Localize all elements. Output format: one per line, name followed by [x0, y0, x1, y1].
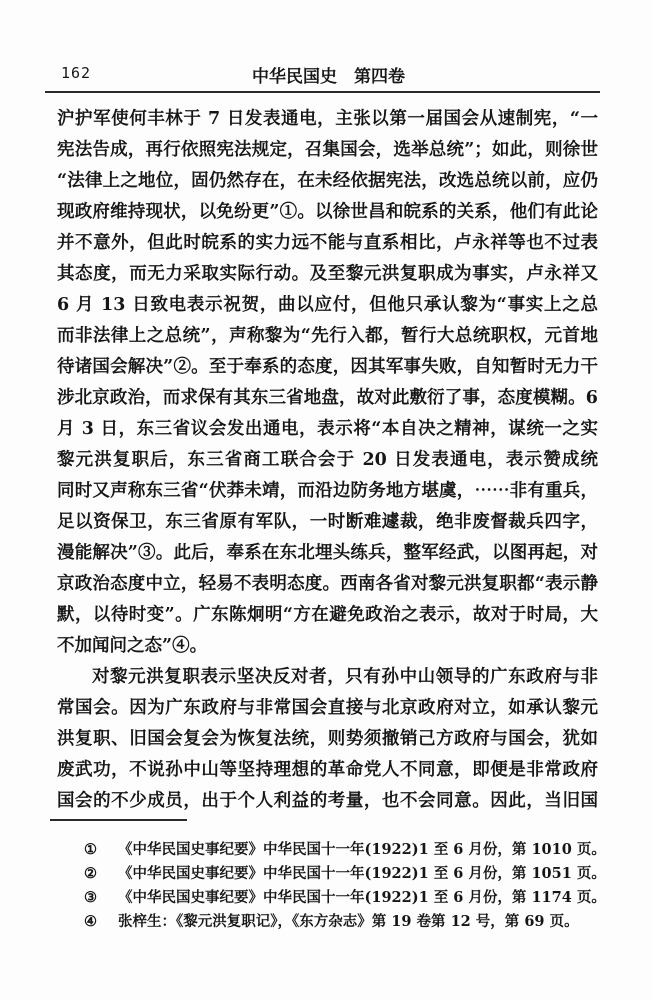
- running-head: 162 中华民国史 第四卷: [57, 62, 600, 84]
- body-text-line: 宪法告成，再行依照宪法规定，召集国会，选举总统”；如此，则徐世昌: [57, 135, 598, 166]
- body-text-line: 京政治态度中立，轻易不表明态度。西南各省对黎元洪复职都“表示静: [57, 569, 598, 600]
- footnote-text: 张梓生：《黎元洪复职记》，《东方杂志》第 19 卷第 12 号，第 69 页。: [118, 910, 600, 934]
- page-number: 162: [61, 64, 91, 82]
- body-text-line: 其态度，而无力采取实际行动。及至黎元洪复职成为事实，卢永祥又在: [57, 259, 598, 290]
- footnote-item: ③ 《中华民国史事纪要》中华民国十一年(1922)1 至 6 月份，第 1174…: [84, 886, 600, 910]
- footnote-item: ④ 张梓生：《黎元洪复职记》，《东方杂志》第 19 卷第 12 号，第 69 页…: [84, 910, 600, 934]
- footnote-divider: [50, 819, 187, 821]
- body-text-line: 而非法律上之总统”，声称黎为“先行入都，暂行大总统职权，元首地位: [57, 321, 598, 352]
- body-text-line: 待诸国会解决”②。至于奉系的态度，因其军事失败，自知暂时无力干: [57, 352, 598, 383]
- body-text-line: 月 3 日，东三省议会发出通电，表示将“本自决之精神，谋统一之实现”。: [57, 414, 598, 445]
- body-text-line: 6 月 13 日致电表示祝贺，曲以应付，但他只承认黎为“事实上之总统，: [57, 290, 598, 321]
- body-text-line: 涉北京政治，而求保有其东三省地盘，故对此敷衍了事，态度模糊。6: [57, 383, 598, 414]
- body-text: 沪护军使何丰林于 7 日发表通电，主张以第一届国会从速制宪，“一俟宪法告成，再行…: [57, 104, 598, 817]
- body-text-line: 并不意外，但此时皖系的实力远不能与直系相比，卢永祥等也不过表示: [57, 228, 598, 259]
- footnote-item: ① 《中华民国史事纪要》中华民国十一年(1922)1 至 6 月份，第 1010…: [84, 838, 600, 862]
- footnote-text: 《中华民国史事纪要》中华民国十一年(1922)1 至 6 月份，第 1174 页…: [118, 886, 606, 910]
- footnote-marker: ①: [84, 838, 105, 862]
- body-text-line: 常国会。因为广东政府与非常国会直接与北京政府对立，如承认黎元: [57, 693, 598, 724]
- body-text-line: 废武功，不说孙中山等坚持理想的革命党人不同意，即便是非常政府与: [57, 755, 598, 786]
- body-text-line: “法律上之地位，固仍然存在，在未经依据宪法，改选总统以前，应仍由: [57, 166, 598, 197]
- body-text-line: 现政府维持现状，以免纷更”①。以徐世昌和皖系的关系，他们有此论: [57, 197, 598, 228]
- body-text-line: 漫能解决”③。此后，奉系在东北埋头练兵，整军经武，以图再起，对北: [57, 538, 598, 569]
- book-page: 162 中华民国史 第四卷 沪护军使何丰林于 7 日发表通电，主张以第一届国会从…: [0, 0, 652, 1000]
- body-text-line: 黎元洪复职后，东三省商工联合会于 20 日发表通电，表示赞成统一，但: [57, 445, 598, 476]
- footnote-text: 《中华民国史事纪要》中华民国十一年(1922)1 至 6 月份，第 1010 页…: [118, 838, 606, 862]
- footnote-item: ② 《中华民国史事纪要》中华民国十一年(1922)1 至 6 月份，第 1051…: [84, 862, 600, 886]
- body-text-line: 国会的不少成员，出于个人利益的考量，也不会同意。因此，当旧国会: [57, 786, 598, 817]
- body-text-line: 同时又声称东三省“伏莽未靖，而沿边防务地方堪虞，⋯⋯非有重兵，不: [57, 476, 598, 507]
- header-title: 中华民国史 第四卷: [57, 62, 600, 87]
- body-text-line: 对黎元洪复职表示坚决反对者，只有孙中山领导的广东政府与非: [57, 662, 598, 693]
- footnote-marker: ④: [84, 910, 105, 934]
- body-text-line: 沪护军使何丰林于 7 日发表通电，主张以第一届国会从速制宪，“一俟: [57, 104, 598, 135]
- footnote-marker: ③: [84, 886, 105, 910]
- body-text-line: 洪复职、旧国会复会为恢复法统，则势须撤销己方政府与国会，犹如自: [57, 724, 598, 755]
- body-text-line: 足以资保卫，东三省原有军队，一时断难遽裁，绝非废督裁兵四字，空言: [57, 507, 598, 538]
- footnote-text: 《中华民国史事纪要》中华民国十一年(1922)1 至 6 月份，第 1051 页…: [118, 862, 606, 886]
- header-divider: [45, 91, 600, 93]
- footnote-marker: ②: [84, 862, 105, 886]
- body-text-line: 不加闻问之态”④。: [57, 631, 598, 662]
- footnotes: ① 《中华民国史事纪要》中华民国十一年(1922)1 至 6 月份，第 1010…: [84, 838, 600, 934]
- body-text-line: 默，以待时变”。广东陈炯明“方在避免政治之表示，故对于时局，大有: [57, 600, 598, 631]
